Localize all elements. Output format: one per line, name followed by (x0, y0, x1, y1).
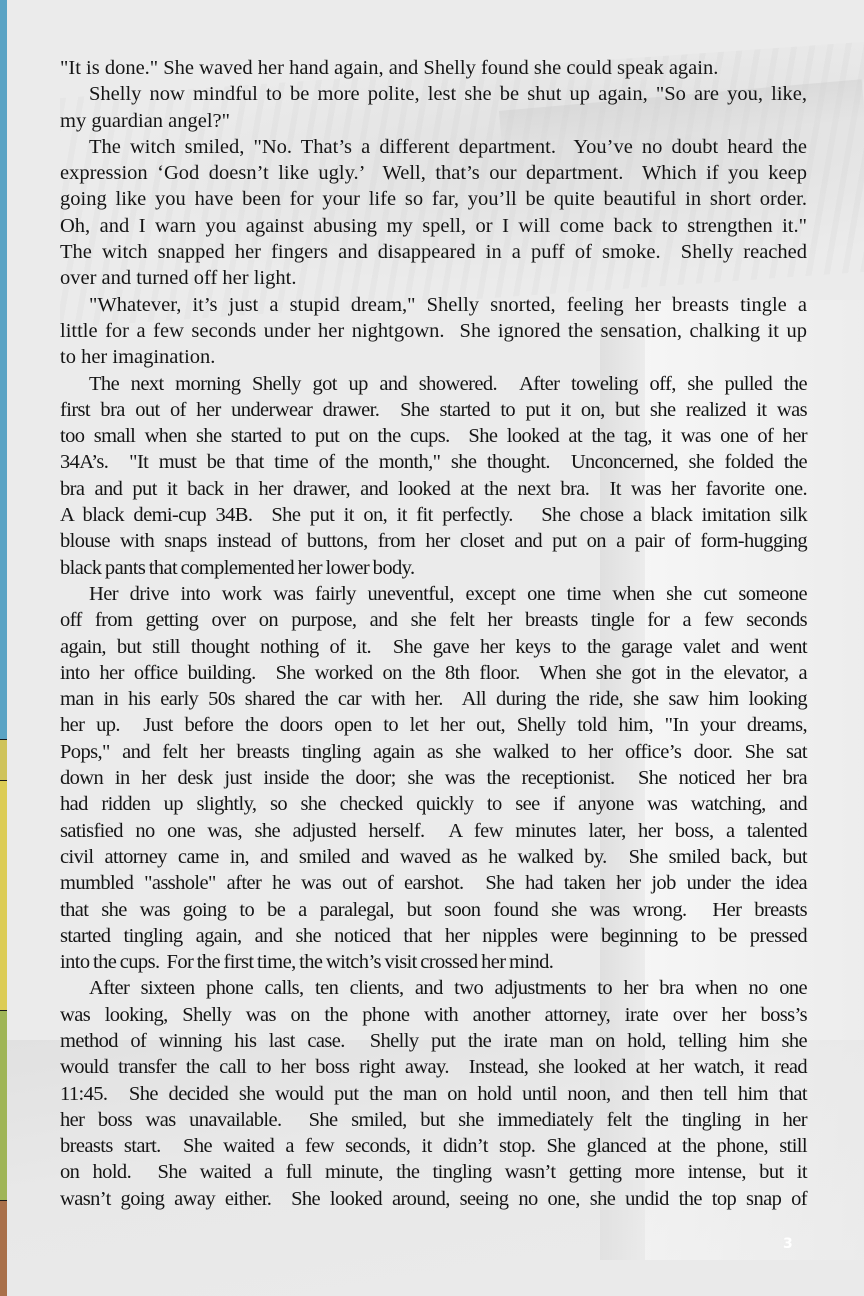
text-line: into her office building. She worked on … (60, 660, 807, 686)
text-line: 34A’s. "It must be that time of the mont… (60, 449, 807, 475)
text-line: had ridden up slightly, so she checked q… (60, 791, 807, 817)
text-line: Pops," and felt her breasts tingling aga… (60, 739, 807, 765)
page-number: 3 (783, 1236, 793, 1252)
paragraph: After sixteen phone calls, ten clients, … (60, 975, 807, 1212)
text-line: 11:45. She decided she would put the man… (60, 1081, 807, 1107)
text-line: After sixteen phone calls, ten clients, … (60, 975, 807, 1001)
paragraph: The next morning Shelly got up and showe… (60, 371, 807, 581)
text-line: into the cups. For the first time, the w… (60, 949, 807, 975)
text-line: was looking, Shelly was on the phone wit… (60, 1002, 807, 1028)
edge-strip-segment (0, 1201, 7, 1296)
text-line: too small when she started to put on the… (60, 423, 807, 449)
text-line: mumbled "asshole" after he was out of ea… (60, 870, 807, 896)
page-body-text: "It is done." She waved her hand again, … (60, 55, 807, 1212)
paragraph: Her drive into work was fairly uneventfu… (60, 581, 807, 975)
paragraph: "It is done." She waved her hand again, … (60, 55, 807, 81)
text-line: first bra out of her underwear drawer. S… (60, 397, 807, 423)
text-line: satisfied no one was, she adjusted herse… (60, 818, 807, 844)
text-line: The witch smiled, "No. That’s a differen… (60, 134, 807, 160)
text-line: going like you have been for your life s… (60, 186, 807, 212)
text-line: that she was going to be a paralegal, bu… (60, 897, 807, 923)
text-line: expression ‘God doesn’t like ugly.’ Well… (60, 160, 807, 186)
text-line: Shelly now mindful to be more polite, le… (60, 81, 807, 107)
paragraph: "Whatever, it’s just a stupid dream," Sh… (60, 292, 807, 371)
text-line: to her imagination. (60, 344, 807, 370)
paragraph: The witch smiled, "No. That’s a differen… (60, 134, 807, 292)
edge-strip-segment (0, 1011, 7, 1201)
text-line: The witch snapped her fingers and disapp… (60, 239, 807, 265)
text-line: breasts start. She waited a few seconds,… (60, 1133, 807, 1159)
text-line: over and turned off her light. (60, 265, 807, 291)
text-line: "Whatever, it’s just a stupid dream," Sh… (60, 292, 807, 318)
text-line: wasn’t going away either. She looked aro… (60, 1186, 807, 1212)
text-line: on hold. She waited a full minute, the t… (60, 1159, 807, 1185)
text-line: black pants that complemented her lower … (60, 555, 807, 581)
text-line: blouse with snaps instead of buttons, fr… (60, 528, 807, 554)
paragraph: Shelly now mindful to be more polite, le… (60, 81, 807, 134)
text-line: down in her desk just inside the door; s… (60, 765, 807, 791)
text-line: civil attorney came in, and smiled and w… (60, 844, 807, 870)
text-line: method of winning his last case. Shelly … (60, 1028, 807, 1054)
edge-strip-segment (0, 781, 7, 1011)
text-line: started tingling again, and she noticed … (60, 923, 807, 949)
text-line: The next morning Shelly got up and showe… (60, 371, 807, 397)
text-line: my guardian angel?" (60, 108, 807, 134)
edge-strip-segment (0, 740, 7, 781)
text-line: again, but still thought nothing of it. … (60, 634, 807, 660)
text-line: little for a few seconds under her night… (60, 318, 807, 344)
text-line: A black demi-cup 34B. She put it on, it … (60, 502, 807, 528)
color-edge-strip (0, 0, 7, 1296)
text-line: off from getting over on purpose, and sh… (60, 607, 807, 633)
text-line: bra and put it back in her drawer, and l… (60, 476, 807, 502)
text-line: would transfer the call to her boss righ… (60, 1054, 807, 1080)
text-line: man in his early 50s shared the car with… (60, 686, 807, 712)
text-line: her boss was unavailable. She smiled, bu… (60, 1107, 807, 1133)
edge-strip-segment (0, 0, 7, 740)
text-line: her up. Just before the doors open to le… (60, 712, 807, 738)
text-line: "It is done." She waved her hand again, … (60, 55, 807, 81)
text-line: Her drive into work was fairly uneventfu… (60, 581, 807, 607)
text-line: Oh, and I warn you against abusing my sp… (60, 213, 807, 239)
